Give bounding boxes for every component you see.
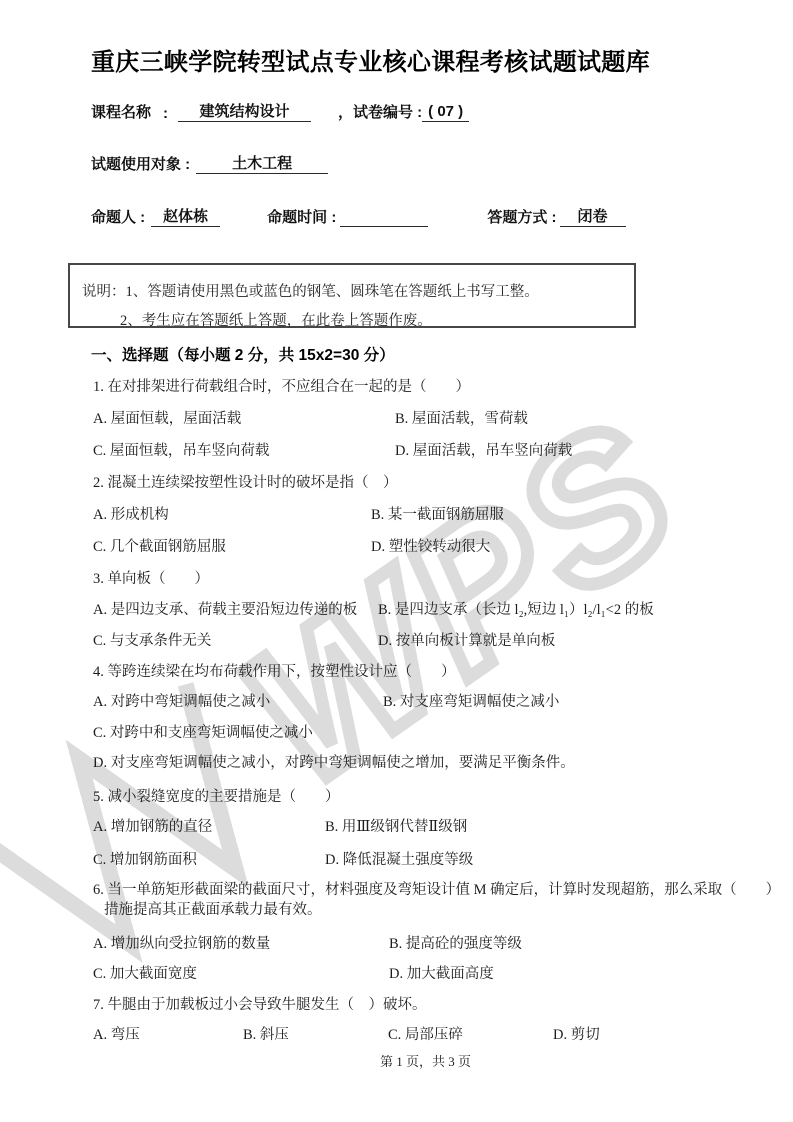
- question-7-options: A. 弯压 B. 斜压 C. 局部压碎 D. 剪切: [0, 1023, 793, 1042]
- question-2-options-ab: A. 形成机构 B. 某一截面钢筋屈服: [0, 503, 793, 522]
- q2-option-b: B. 某一截面钢筋屈服: [371, 503, 504, 524]
- question-2-options-cd: C. 几个截面钢筋屈服 D. 塑性铰转动很大: [0, 535, 793, 554]
- question-4-option-d: D. 对支座弯矩调幅使之减小，对跨中弯矩调幅使之增加，要满足平衡条件。: [0, 751, 793, 770]
- answer-mode-value-field: 闭卷: [560, 207, 626, 227]
- page-title: 重庆三峡学院转型试点专业核心课程考核试题试题库: [91, 42, 650, 77]
- q4-option-d: D. 对支座弯矩调幅使之减小，对跨中弯矩调幅使之增加，要满足平衡条件。: [93, 751, 575, 772]
- q6-option-a: A. 增加纵向受拉钢筋的数量: [93, 932, 270, 953]
- notice-box: 说明：1、答题请使用黑色或蓝色的钢笔、圆珠笔在答题纸上书写工整。 2、考生应在答…: [68, 263, 636, 328]
- course-label: 课程名称: [91, 101, 151, 122]
- course-value-field: 建筑结构设计: [178, 102, 311, 122]
- q3-option-b: B. 是四边支承（长边 l₂,短边 l₁）l₂/l₁<2 的板: [378, 598, 654, 619]
- q4-option-b: B. 对支座弯矩调幅使之减小: [383, 690, 559, 711]
- q6-option-b: B. 提高砼的强度等级: [389, 932, 522, 953]
- q2-option-c: C. 几个截面钢筋屈服: [93, 535, 226, 556]
- paper-no-label: ，试卷编号 :: [338, 101, 422, 122]
- question-3-options-ab: A. 是四边支承、荷载主要沿短边传递的板 B. 是四边支承（长边 l₂,短边 l…: [0, 598, 793, 617]
- q4-option-c: C. 对跨中和支座弯矩调幅使之减小: [93, 721, 313, 742]
- q7-option-c: C. 局部压碎: [388, 1023, 463, 1044]
- setter-label: 命题人 :: [91, 206, 145, 227]
- audience-value-field: 土木工程: [196, 154, 328, 174]
- q6-stem-line1: 6. 当一单筋矩形截面梁的截面尺寸，材料强度及弯矩设计值 M 确定后，计算时发现…: [93, 878, 780, 899]
- question-3-text: 3. 单向板（ ）: [0, 567, 793, 586]
- question-1-text: 1. 在对排架进行荷载组合时，不应组合在一起的是（ ）: [0, 375, 793, 394]
- question-2-text: 2. 混凝土连续梁按塑性设计时的破坏是指（ ）: [0, 471, 793, 490]
- question-1-options-cd: C. 屋面恒载，吊车竖向荷载 D. 屋面活载，吊车竖向荷载: [0, 439, 793, 458]
- q5-option-b: B. 用Ⅲ级钢代替Ⅱ级钢: [325, 815, 467, 836]
- document-page: WPS 重庆三峡学院转型试点专业核心课程考核试题试题库 课程名称 : 建筑结构设…: [0, 0, 793, 1122]
- question-4-option-c: C. 对跨中和支座弯矩调幅使之减小: [0, 721, 793, 740]
- notice-line-1: 说明：1、答题请使用黑色或蓝色的钢笔、圆珠笔在答题纸上书写工整。: [82, 280, 634, 301]
- q6-option-c: C. 加大截面宽度: [93, 962, 197, 983]
- q6-option-d: D. 加大截面高度: [389, 962, 494, 983]
- q1-option-a: A. 屋面恒载，屋面活载: [93, 407, 241, 428]
- q5-option-c: C. 增加钢筋面积: [93, 848, 197, 869]
- audience-label: 试题使用对象 :: [91, 153, 190, 174]
- q7-option-a: A. 弯压: [93, 1023, 140, 1044]
- question-7-text: 7. 牛腿由于加载板过小会导致牛腿发生（ ）破坏。: [0, 993, 793, 1012]
- notice-line-2: 2、考生应在答题纸上答题，在此卷上答题作废。: [120, 309, 634, 330]
- question-3-options-cd: C. 与支承条件无关 D. 按单向板计算就是单向板: [0, 629, 793, 648]
- q2-stem: 2. 混凝土连续梁按塑性设计时的破坏是指（ ）: [93, 471, 398, 492]
- q1-option-b: B. 屋面活载，雪荷载: [395, 407, 528, 428]
- question-6-options-ab: A. 增加纵向受拉钢筋的数量 B. 提高砼的强度等级: [0, 932, 793, 951]
- question-5-options-cd: C. 增加钢筋面积 D. 降低混凝土强度等级: [0, 848, 793, 867]
- q5-option-d: D. 降低混凝土强度等级: [325, 848, 473, 869]
- paper-no-value-field: ( 07 ): [422, 102, 469, 122]
- q2-option-d: D. 塑性铰转动很大: [371, 535, 490, 556]
- time-value-field: [340, 207, 428, 227]
- section-heading: 一、选择题（每小题 2 分，共 15x2=30 分）: [91, 343, 395, 365]
- q5-option-a: A. 增加钢筋的直径: [93, 815, 212, 836]
- audience-row: 试题使用对象 : 土木工程: [91, 153, 328, 174]
- q6-stem-line2: 措施提高其正截面承载力最有效。: [104, 898, 322, 919]
- q2-option-a: A. 形成机构: [93, 503, 169, 524]
- question-6-text-line1: 6. 当一单筋矩形截面梁的截面尺寸，材料强度及弯矩设计值 M 确定后，计算时发现…: [0, 878, 793, 897]
- q3-option-a: A. 是四边支承、荷载主要沿短边传递的板: [93, 598, 357, 619]
- setter-value-field: 赵体栋: [151, 207, 220, 227]
- document-content: 重庆三峡学院转型试点专业核心课程考核试题试题库 课程名称 : 建筑结构设计 ，试…: [0, 0, 793, 1122]
- q7-stem: 7. 牛腿由于加载板过小会导致牛腿发生（ ）破坏。: [93, 993, 427, 1014]
- q1-stem: 1. 在对排架进行荷载组合时，不应组合在一起的是（ ）: [93, 375, 470, 396]
- q7-option-d: D. 剪切: [553, 1023, 600, 1044]
- question-6-text-line2: 措施提高其正截面承载力最有效。: [0, 898, 793, 917]
- q3-option-c: C. 与支承条件无关: [93, 629, 211, 650]
- course-row: 课程名称 : 建筑结构设计 ，试卷编号 : ( 07 ): [91, 101, 469, 122]
- q3-stem: 3. 单向板（ ）: [93, 567, 209, 588]
- question-5-options-ab: A. 增加钢筋的直径 B. 用Ⅲ级钢代替Ⅱ级钢: [0, 815, 793, 834]
- question-1-options-ab: A. 屋面恒载，屋面活载 B. 屋面活载，雪荷载: [0, 407, 793, 426]
- question-6-options-cd: C. 加大截面宽度 D. 加大截面高度: [0, 962, 793, 981]
- q1-option-d: D. 屋面活载，吊车竖向荷载: [395, 439, 572, 460]
- course-colon: :: [163, 105, 168, 122]
- question-4-text: 4. 等跨连续梁在均布荷载作用下，按塑性设计应（ ）: [0, 660, 793, 679]
- q7-option-b: B. 斜压: [243, 1023, 289, 1044]
- q3-option-d: D. 按单向板计算就是单向板: [378, 629, 555, 650]
- question-4-options-ab: A. 对跨中弯矩调幅使之减小 B. 对支座弯矩调幅使之减小: [0, 690, 793, 709]
- time-label: 命题时间 :: [267, 206, 336, 227]
- q1-option-c: C. 屋面恒载，吊车竖向荷载: [93, 439, 269, 460]
- page-footer: 第 1 页，共 3 页: [380, 1051, 471, 1070]
- q5-stem: 5. 减小裂缝宽度的主要措施是（ ）: [93, 785, 340, 806]
- question-5-text: 5. 减小裂缝宽度的主要措施是（ ）: [0, 785, 793, 804]
- answer-mode-label: 答题方式 :: [487, 206, 556, 227]
- q4-stem: 4. 等跨连续梁在均布荷载作用下，按塑性设计应（ ）: [93, 660, 456, 681]
- setter-row: 命题人 : 赵体栋 命题时间 : 答题方式 : 闭卷: [91, 206, 626, 227]
- q4-option-a: A. 对跨中弯矩调幅使之减小: [93, 690, 270, 711]
